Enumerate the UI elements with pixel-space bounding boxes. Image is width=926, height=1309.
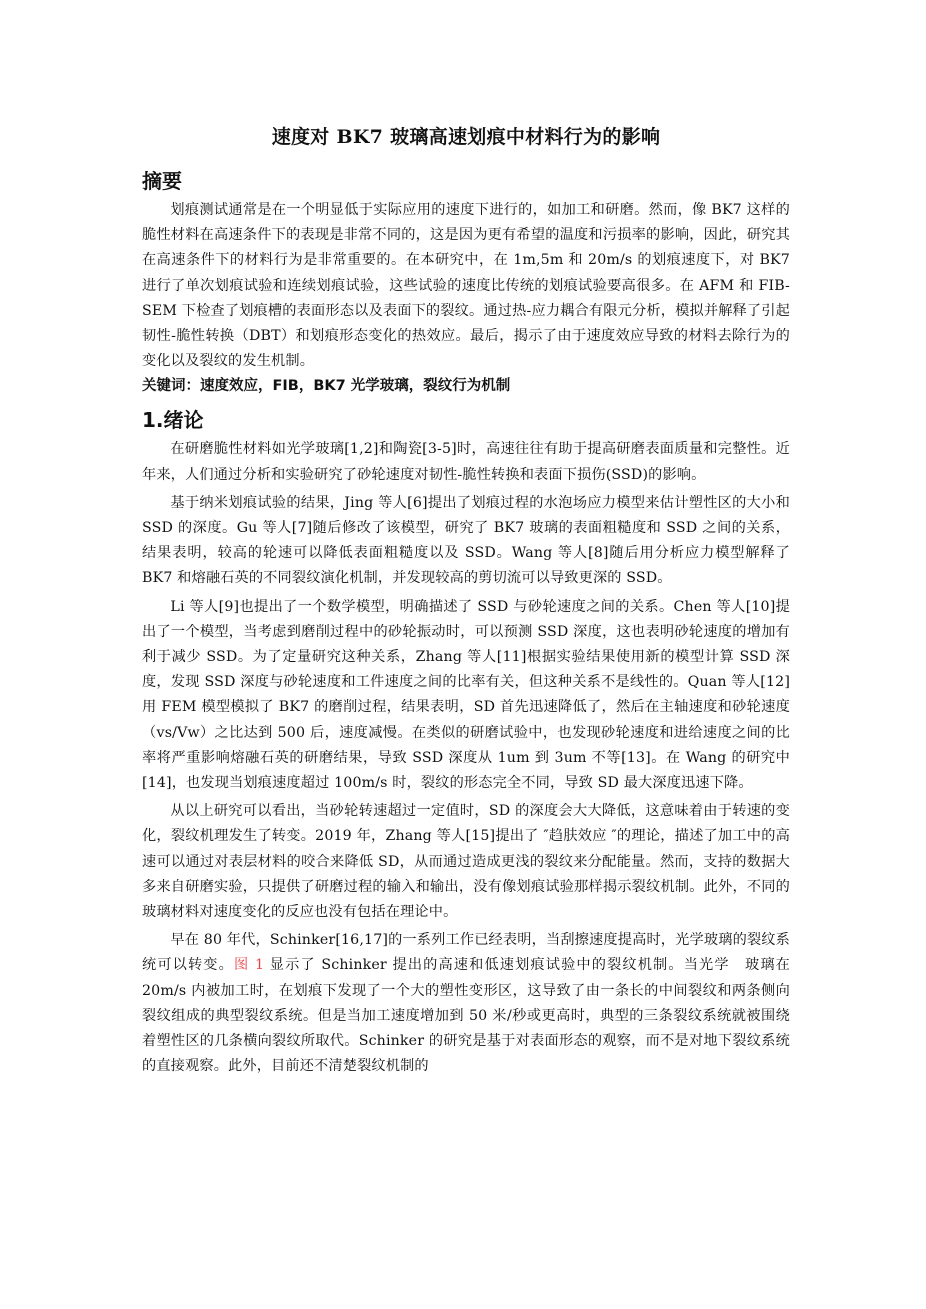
keywords-text: 速度效应，FIB，BK7 光学玻璃，裂纹行为机制 (200, 378, 510, 394)
abstract-heading: 摘要 (142, 166, 790, 196)
intro-paragraph-1: 在研磨脆性材料如光学玻璃[1,2]和陶瓷[3-5]时，高速往往有助于提高研磨表面… (142, 437, 790, 487)
document-page: 速度对 BK7 玻璃高速划痕中材料行为的影响 摘要 划痕测试通常是在一个明显低于… (142, 122, 790, 1080)
figure-1-link[interactable]: 图 1 (234, 957, 264, 973)
keywords-line: 关键词：速度效应，FIB，BK7 光学玻璃，裂纹行为机制 (142, 374, 790, 399)
introduction-heading: 1.绪论 (142, 405, 790, 435)
intro-paragraph-3: Li 等人[9]也提出了一个数学模型，明确描述了 SSD 与砂轮速度之间的关系。… (142, 595, 790, 797)
paragraph-text-after-ref: 显示了 Schinker 提出的高速和低速划痕试验中的裂纹机制。当光学 玻璃在 … (142, 957, 790, 1074)
paper-title: 速度对 BK7 玻璃高速划痕中材料行为的影响 (142, 122, 790, 152)
intro-paragraph-2: 基于纳米划痕试验的结果，Jing 等人[6]提出了划痕过程的水泡场应力模型来估计… (142, 491, 790, 592)
intro-paragraph-5: 早在 80 年代，Schinker[16,17]的一系列工作已经表明，当刮擦速度… (142, 928, 790, 1079)
abstract-text: 划痕测试通常是在一个明显低于实际应用的速度下进行的，如加工和研磨。然而，像 BK… (142, 198, 790, 374)
keywords-label: 关键词： (142, 378, 200, 394)
intro-paragraph-4: 从以上研究可以看出，当砂轮转速超过一定值时，SD 的深度会大大降低，这意味着由于… (142, 799, 790, 925)
